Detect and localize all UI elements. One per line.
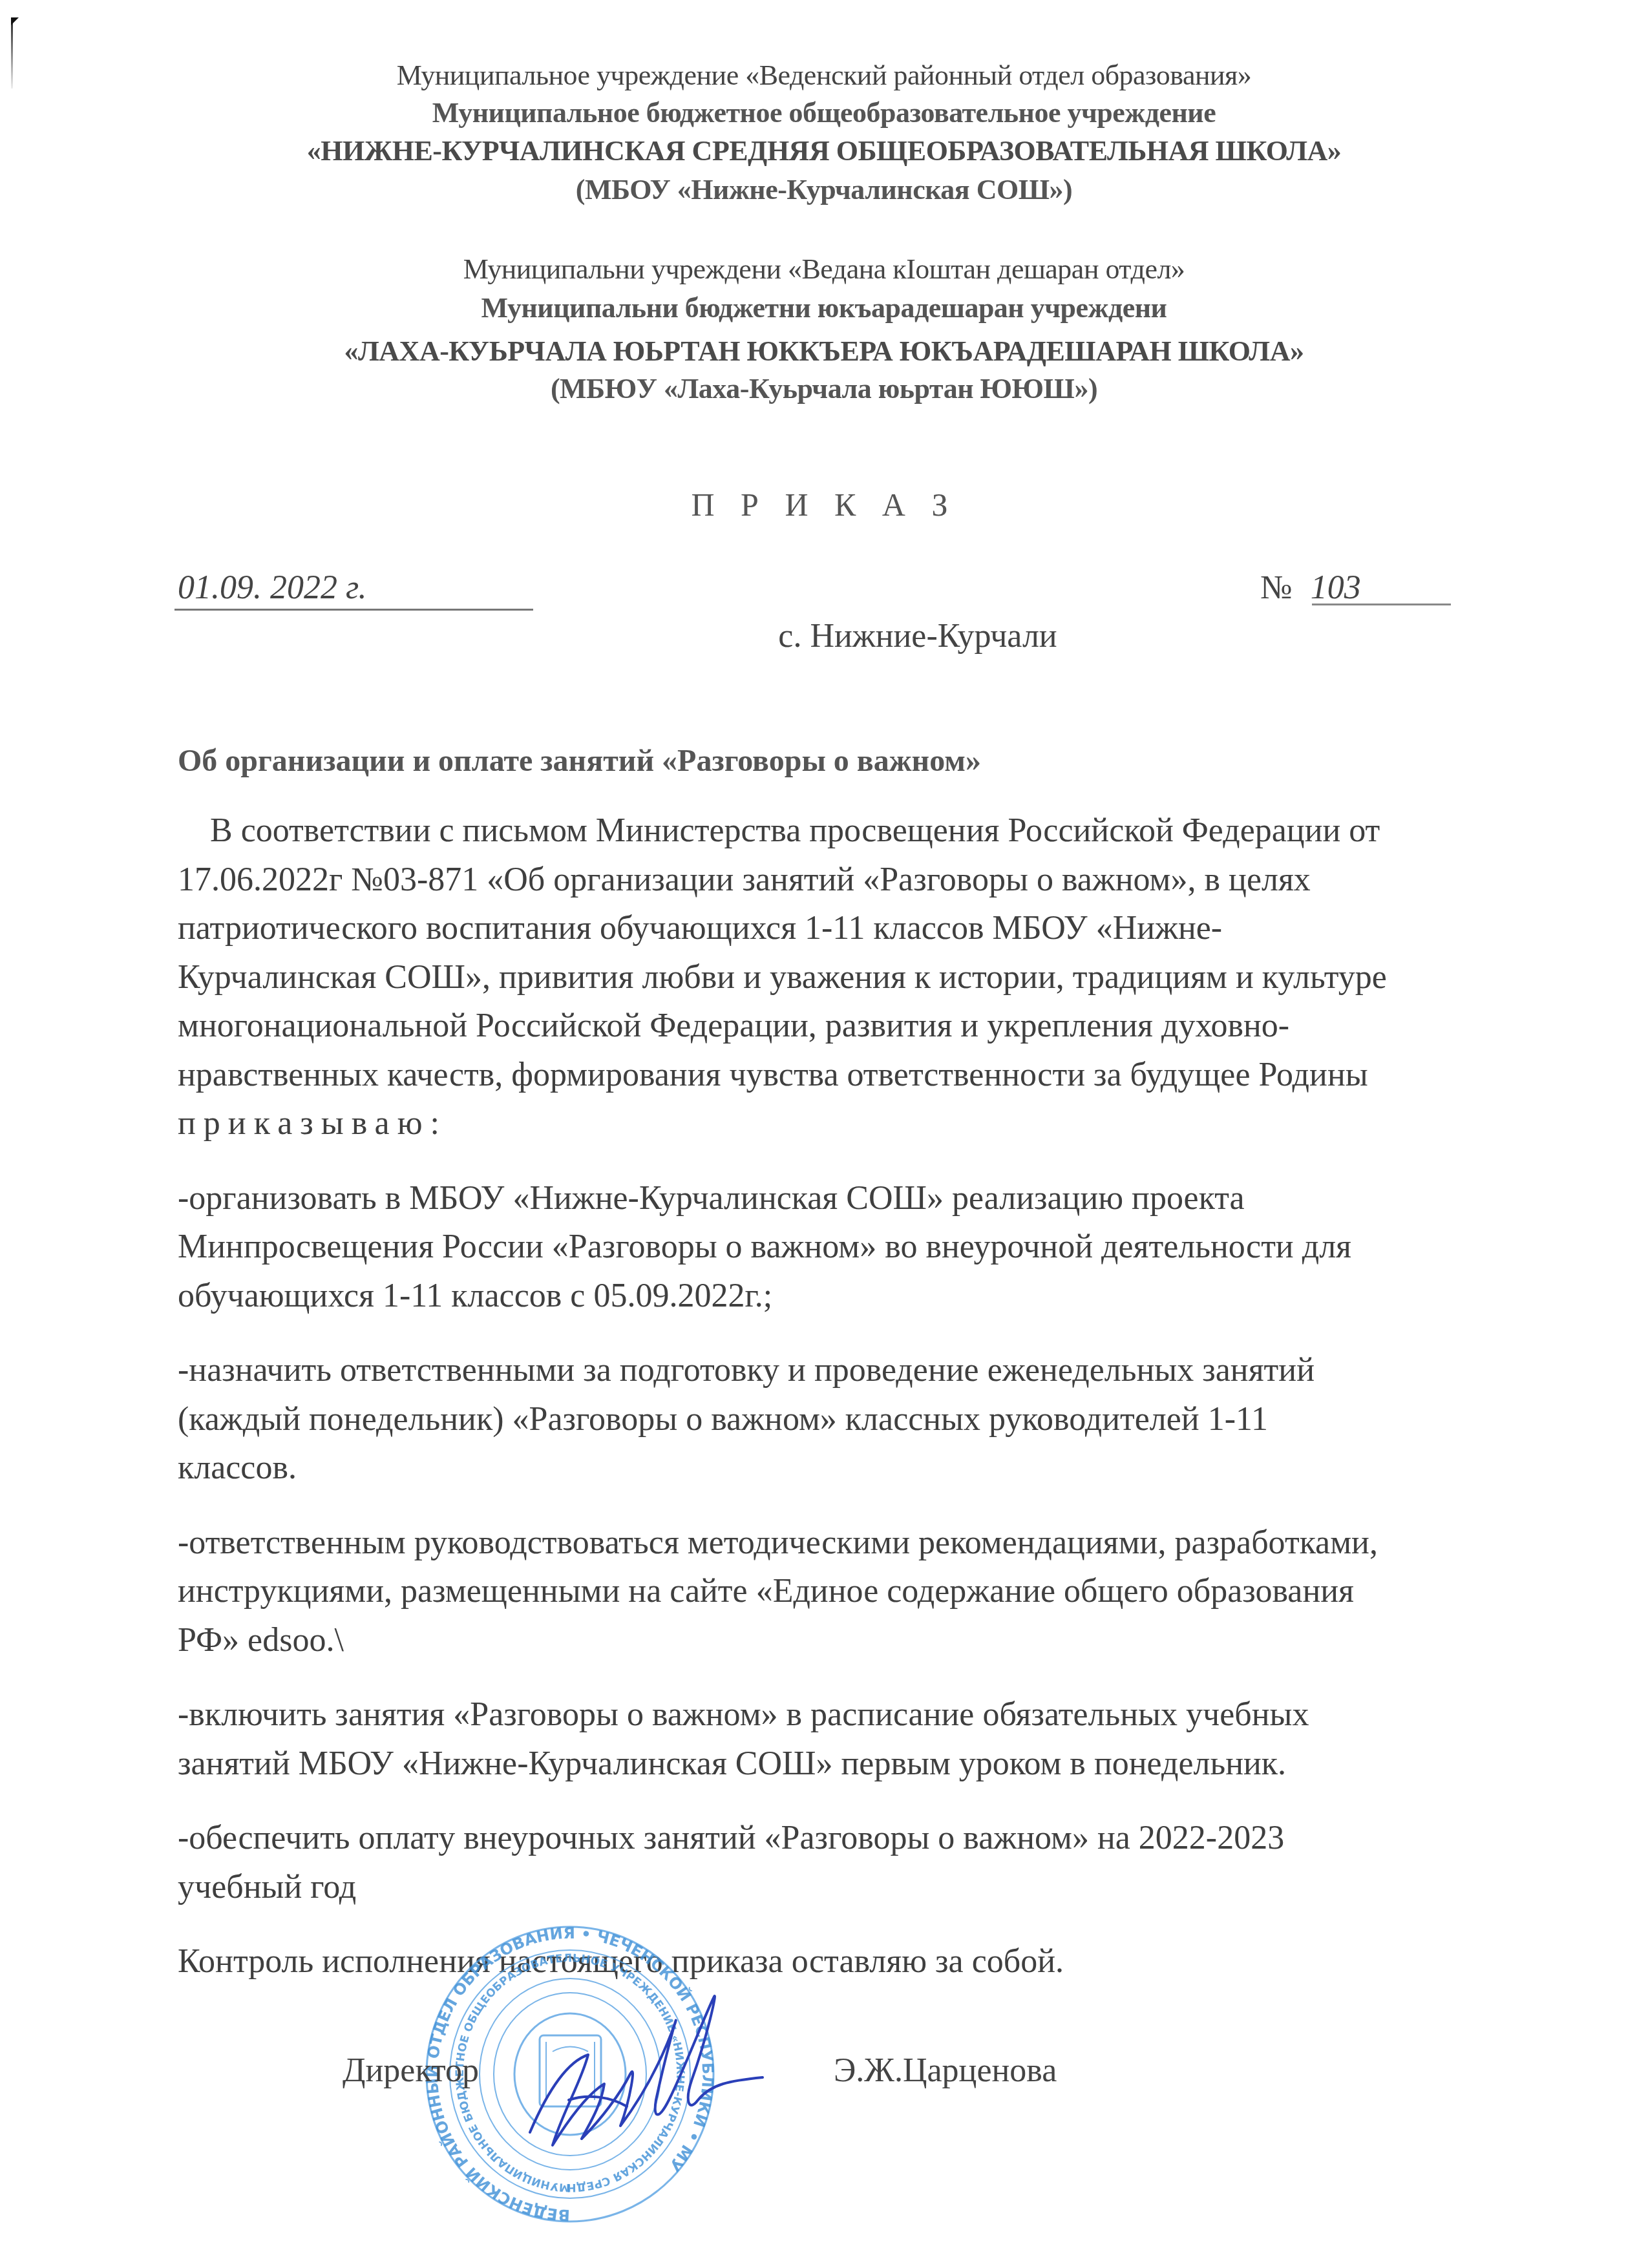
director-signature-icon: [491, 1971, 788, 2165]
item-line: РФ» edsoo.\: [178, 1616, 1541, 1665]
header-ce-line1: Муниципальни учреждени «Ведана кIоштан д…: [0, 255, 1648, 284]
item-line: Минпросвещения России «Разговоры о важно…: [178, 1223, 1541, 1272]
order-number: №103: [1260, 569, 1361, 607]
header-ru-line1: Муниципальное учреждение «Веденский райо…: [0, 61, 1648, 90]
preamble-line: патриотического воспитания обучающихся 1…: [178, 904, 1541, 953]
order-number-value: 103: [1311, 569, 1361, 606]
order-place: с. Нижние-Курчали: [0, 617, 1648, 655]
header-ce-line2: Муниципальни бюджетни юкъарадешаран учре…: [0, 294, 1648, 322]
order-item-schedule: -включить занятия «Разговоры о важном» в…: [178, 1690, 1541, 1788]
preamble-line: многонациональной Российской Федерации, …: [178, 1002, 1541, 1051]
item-line: инструкциями, размещенными на сайте «Еди…: [178, 1567, 1541, 1616]
order-number-label: №: [1260, 569, 1293, 606]
header-ce-school-name: «ЛАХА-КУЬРЧАЛА ЮЬРТАН ЮККЪЕРА ЮКЪАРАДЕША…: [0, 337, 1648, 366]
header-ce-abbrev: (МБЮУ «Лаха-Куьрчала юьртан ЮЮШ»): [0, 375, 1648, 403]
header-ru-abbrev: (МБОУ «Нижне-Курчалинская СОШ»): [0, 176, 1648, 204]
item-line: обучающихся 1-11 классов с 05.09.2022г.;: [178, 1272, 1541, 1321]
preamble-line: Курчалинская СОШ», привития любви и уваж…: [178, 953, 1541, 1002]
preamble-line: 17.06.2022г №03-871 «Об организации заня…: [178, 856, 1541, 905]
item-line: занятий МБОУ «Нижне-Курчалинская СОШ» пе…: [178, 1739, 1541, 1789]
directive: приказываю:: [178, 1099, 1541, 1148]
item-line: -организовать в МБОУ «Нижне-Курчалинская…: [178, 1174, 1541, 1223]
order-item-organize: -организовать в МБОУ «Нижне-Курчалинская…: [178, 1174, 1541, 1321]
signatory-name: Э.Ж.Царценова: [834, 2052, 1057, 2090]
order-body: В соответствии с письмом Министерства пр…: [178, 806, 1541, 1986]
date-underline: [174, 609, 533, 611]
control-statement: Контроль исполнения настоящего приказа о…: [178, 1937, 1541, 1986]
order-item-guidelines: -ответственным руководствоваться методич…: [178, 1518, 1541, 1665]
header-ru-school-name: «НИЖНЕ-КУРЧАЛИНСКАЯ СРЕДНЯЯ ОБЩЕОБРАЗОВА…: [0, 137, 1648, 165]
item-line: -ответственным руководствоваться методич…: [178, 1518, 1541, 1568]
order-heading: П Р И К А З: [0, 486, 1648, 523]
order-date: 01.09. 2022 г.: [178, 569, 367, 607]
preamble-line: нравственных качеств, формирования чувст…: [178, 1051, 1541, 1100]
order-item-payment: -обеспечить оплату внеурочных занятий «Р…: [178, 1814, 1541, 1911]
item-line: (каждый понедельник) «Разговоры о важном…: [178, 1395, 1541, 1444]
preamble-line: В соответствии с письмом Министерства пр…: [178, 806, 1541, 856]
header-ru-line2: Муниципальное бюджетное общеобразователь…: [0, 99, 1648, 127]
item-line: -включить занятия «Разговоры о важном» в…: [178, 1690, 1541, 1739]
item-line: классов.: [178, 1444, 1541, 1493]
order-title: Об организации и оплате занятий «Разгово…: [178, 743, 981, 779]
number-underline: [1312, 604, 1451, 605]
order-item-assign: -назначить ответственными за подготовку …: [178, 1346, 1541, 1493]
signatory-position: Директор: [343, 2052, 479, 2090]
item-line: учебный год: [178, 1863, 1541, 1912]
item-line: -обеспечить оплату внеурочных занятий «Р…: [178, 1814, 1541, 1863]
item-line: -назначить ответственными за подготовку …: [178, 1346, 1541, 1395]
